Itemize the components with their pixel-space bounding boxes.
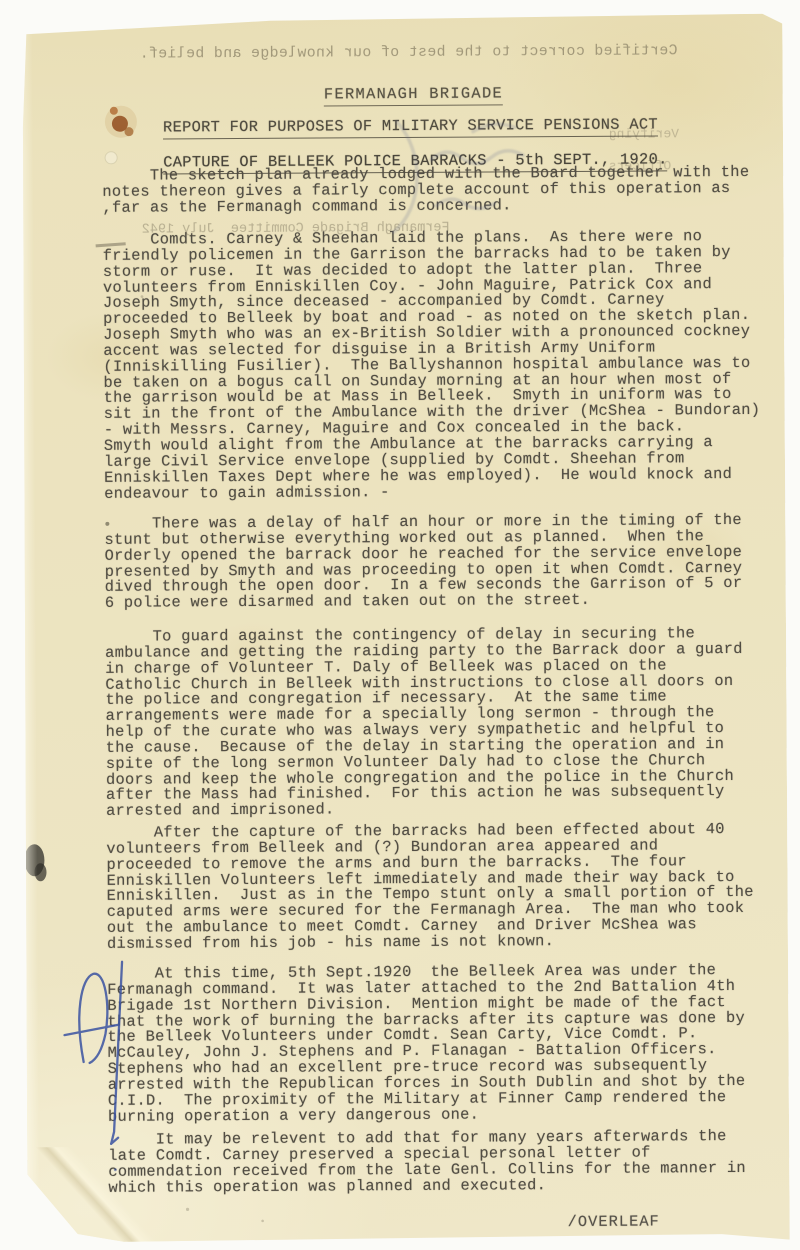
age-specks	[141, 292, 669, 1223]
ghost-signature-strokes	[393, 121, 524, 232]
edge-smudge	[24, 844, 46, 881]
margin-letter-a-icon	[64, 974, 119, 1064]
ink-dot	[105, 522, 109, 526]
rust-stain	[105, 106, 137, 164]
pen-speck	[114, 1168, 117, 1171]
pen-margin-annotation	[64, 962, 123, 1172]
margin-vertical-line	[110, 962, 123, 1144]
pencil-dash	[96, 244, 126, 246]
scanned-document-page: { "ghosts": { "certified_line": "Certifi…	[0, 0, 800, 1250]
stains-and-pen-marks-svg	[20, 8, 790, 1245]
typewritten-page: Certified correct to the best of our kno…	[20, 8, 790, 1245]
